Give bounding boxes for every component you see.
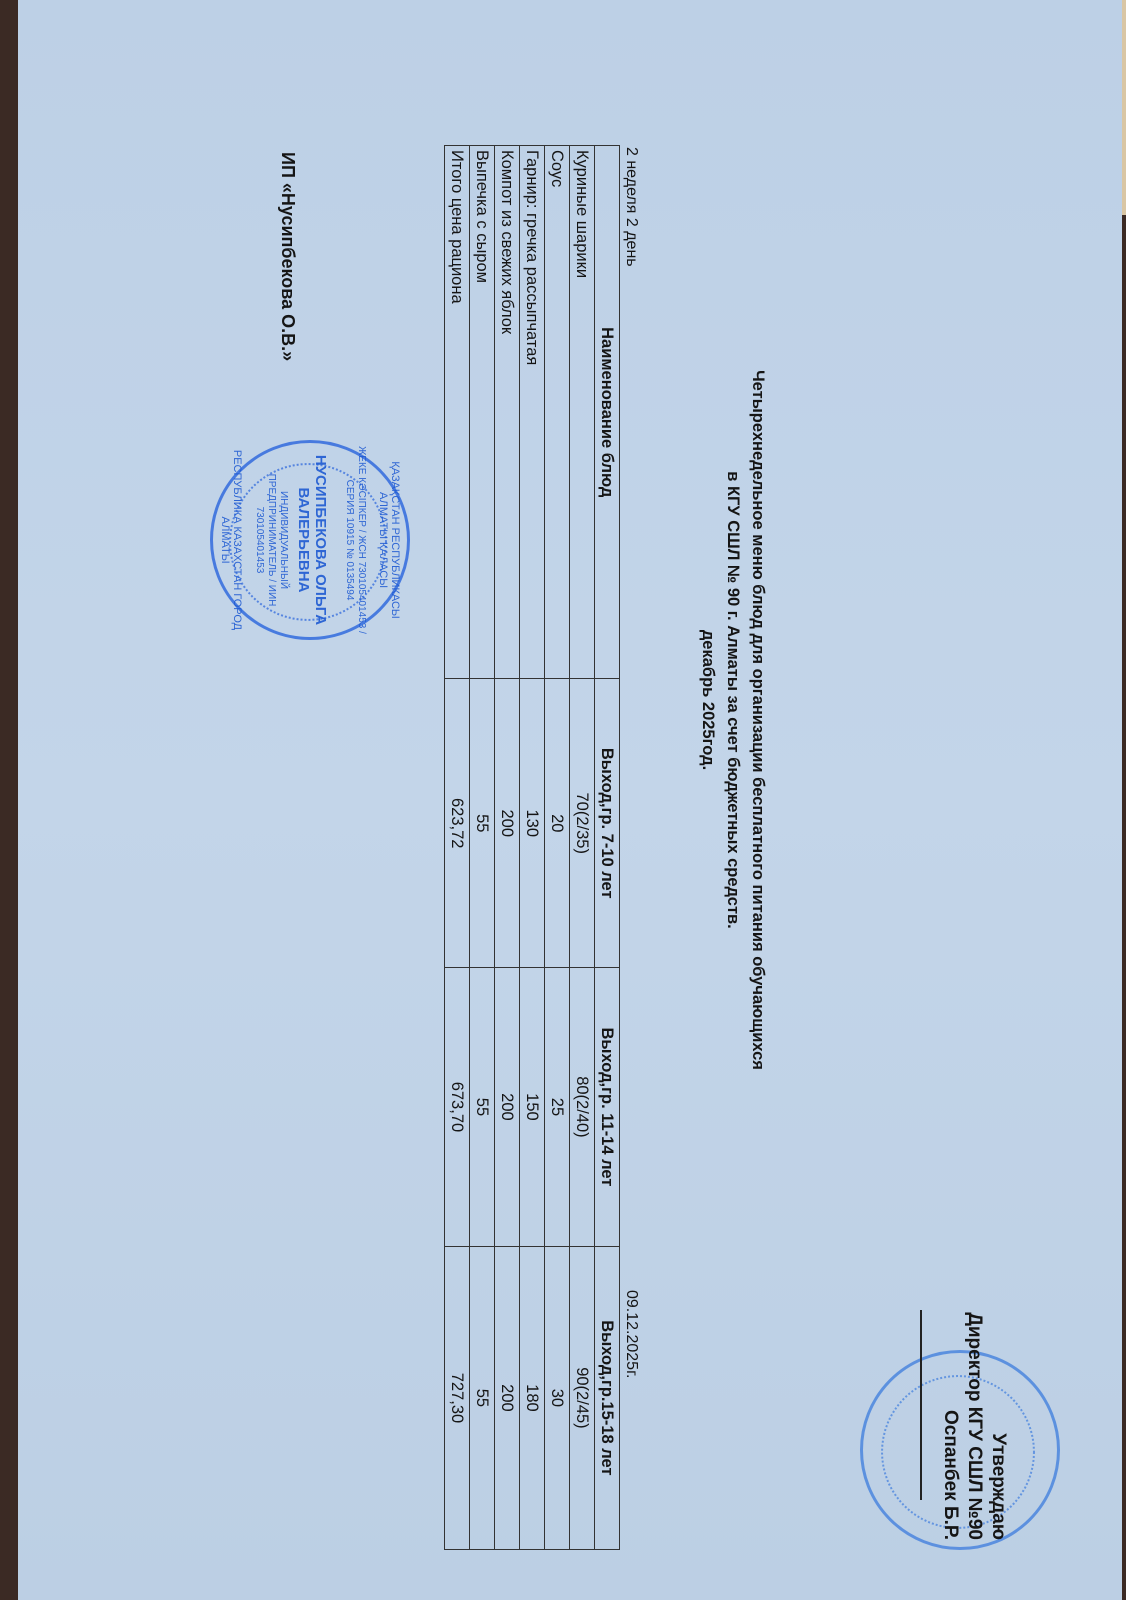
header-dish: Наименование блюд xyxy=(595,146,620,679)
dish-name: Компот из свежих яблок xyxy=(495,146,520,679)
approval-block: Утверждаю Директор КГУ СШЛ №90 Оспанбек … xyxy=(938,1240,1010,1540)
stamp-meta-top: ЖЕКЕ КӘСІПКЕР / ЖСН 730105401453 / СЕРИЯ… xyxy=(343,443,367,637)
yield-11-14: 80(2/40) xyxy=(570,968,595,1247)
total-7-10: 623,72 xyxy=(445,679,470,968)
signature-line xyxy=(920,1310,922,1500)
total-label: Итого цена рациона xyxy=(445,146,470,679)
header-11-14: Выход,гр. 11-14 лет xyxy=(595,968,620,1247)
stamp-ring-top-text: ҚАЗАҚСТАН РЕСПУБЛИКАСЫ АЛМАТЫ ҚАЛАСЫ xyxy=(377,443,401,637)
supplier-name: ИП «Нусипбекова О.В.» xyxy=(277,152,298,361)
dish-name: Куриные шарики xyxy=(570,146,595,679)
supplier-stamp: ҚАЗАҚСТАН РЕСПУБЛИКАСЫ АЛМАТЫ ҚАЛАСЫ ЖЕК… xyxy=(210,440,410,640)
header-15-18: Выход,гр.15-18 лет xyxy=(595,1246,620,1549)
yield-7-10: 55 xyxy=(470,679,495,968)
dish-name: Гарнир: гречка рассыпчатая xyxy=(520,146,545,679)
table-row: Куриные шарики70(2/35)80(2/40)90(2/45) xyxy=(570,146,595,1550)
document-title: Четырехнедельное меню блюд для организац… xyxy=(695,200,770,1200)
dish-name: Соус xyxy=(545,146,570,679)
stamp-meta-bottom: ИНДИВИДУАЛЬНЫЙ ПРЕДПРИНИМАТЕЛЬ / ИИН 730… xyxy=(253,443,289,637)
approval-line: Утверждаю xyxy=(986,1240,1010,1540)
yield-11-14: 150 xyxy=(520,968,545,1247)
rotated-page: Утверждаю Директор КГУ СШЛ №90 Оспанбек … xyxy=(0,0,1126,1600)
header-7-10: Выход,гр. 7-10 лет xyxy=(595,679,620,968)
menu-date: 09.12.2025г. xyxy=(622,1290,640,1378)
table-row: Выпечка с сыром555555 xyxy=(470,146,495,1550)
stamp-ring-bottom-text: РЕСПУБЛИКА КАЗАХСТАН ГОРОД АЛМАТЫ xyxy=(219,443,243,637)
yield-7-10: 70(2/35) xyxy=(570,679,595,968)
yield-15-18: 90(2/45) xyxy=(570,1246,595,1549)
yield-15-18: 180 xyxy=(520,1246,545,1549)
yield-11-14: 200 xyxy=(495,968,520,1247)
yield-11-14: 55 xyxy=(470,968,495,1247)
yield-7-10: 200 xyxy=(495,679,520,968)
approval-name: Оспанбек Б.Р. xyxy=(938,1240,962,1540)
document-page: Утверждаю Директор КГУ СШЛ №90 Оспанбек … xyxy=(18,0,1122,1600)
menu-table: Наименование блюд Выход,гр. 7-10 лет Вых… xyxy=(444,145,620,1550)
yield-15-18: 55 xyxy=(470,1246,495,1549)
yield-15-18: 30 xyxy=(545,1246,570,1549)
yield-7-10: 20 xyxy=(545,679,570,968)
dish-name: Выпечка с сыром xyxy=(470,146,495,679)
title-line-1: Четырехнедельное меню блюд для организац… xyxy=(745,240,770,1200)
table-row: Компот из свежих яблок200200200 xyxy=(495,146,520,1550)
yield-7-10: 130 xyxy=(520,679,545,968)
total-15-18: 727,30 xyxy=(445,1246,470,1549)
table-row: Гарнир: гречка рассыпчатая130150180 xyxy=(520,146,545,1550)
table-total-row: Итого цена рациона623,72673,70727,30 xyxy=(445,146,470,1550)
yield-15-18: 200 xyxy=(495,1246,520,1549)
table-header-row: Наименование блюд Выход,гр. 7-10 лет Вых… xyxy=(595,146,620,1550)
stamp-owner-name: НУСИПБЕКОВА ОЛЬГА ВАЛЕРЬЕВНА xyxy=(295,443,329,637)
yield-11-14: 25 xyxy=(545,968,570,1247)
table-row: Соус202530 xyxy=(545,146,570,1550)
title-line-3: декабрь 2025год. xyxy=(695,200,720,1200)
title-line-2: в КГУ СШЛ № 90 г. Алматы за счет бюджетн… xyxy=(720,200,745,1200)
approval-position: Директор КГУ СШЛ №90 xyxy=(962,1240,986,1540)
total-11-14: 673,70 xyxy=(445,968,470,1247)
week-day-label: 2 неделя 2 день xyxy=(622,147,640,267)
